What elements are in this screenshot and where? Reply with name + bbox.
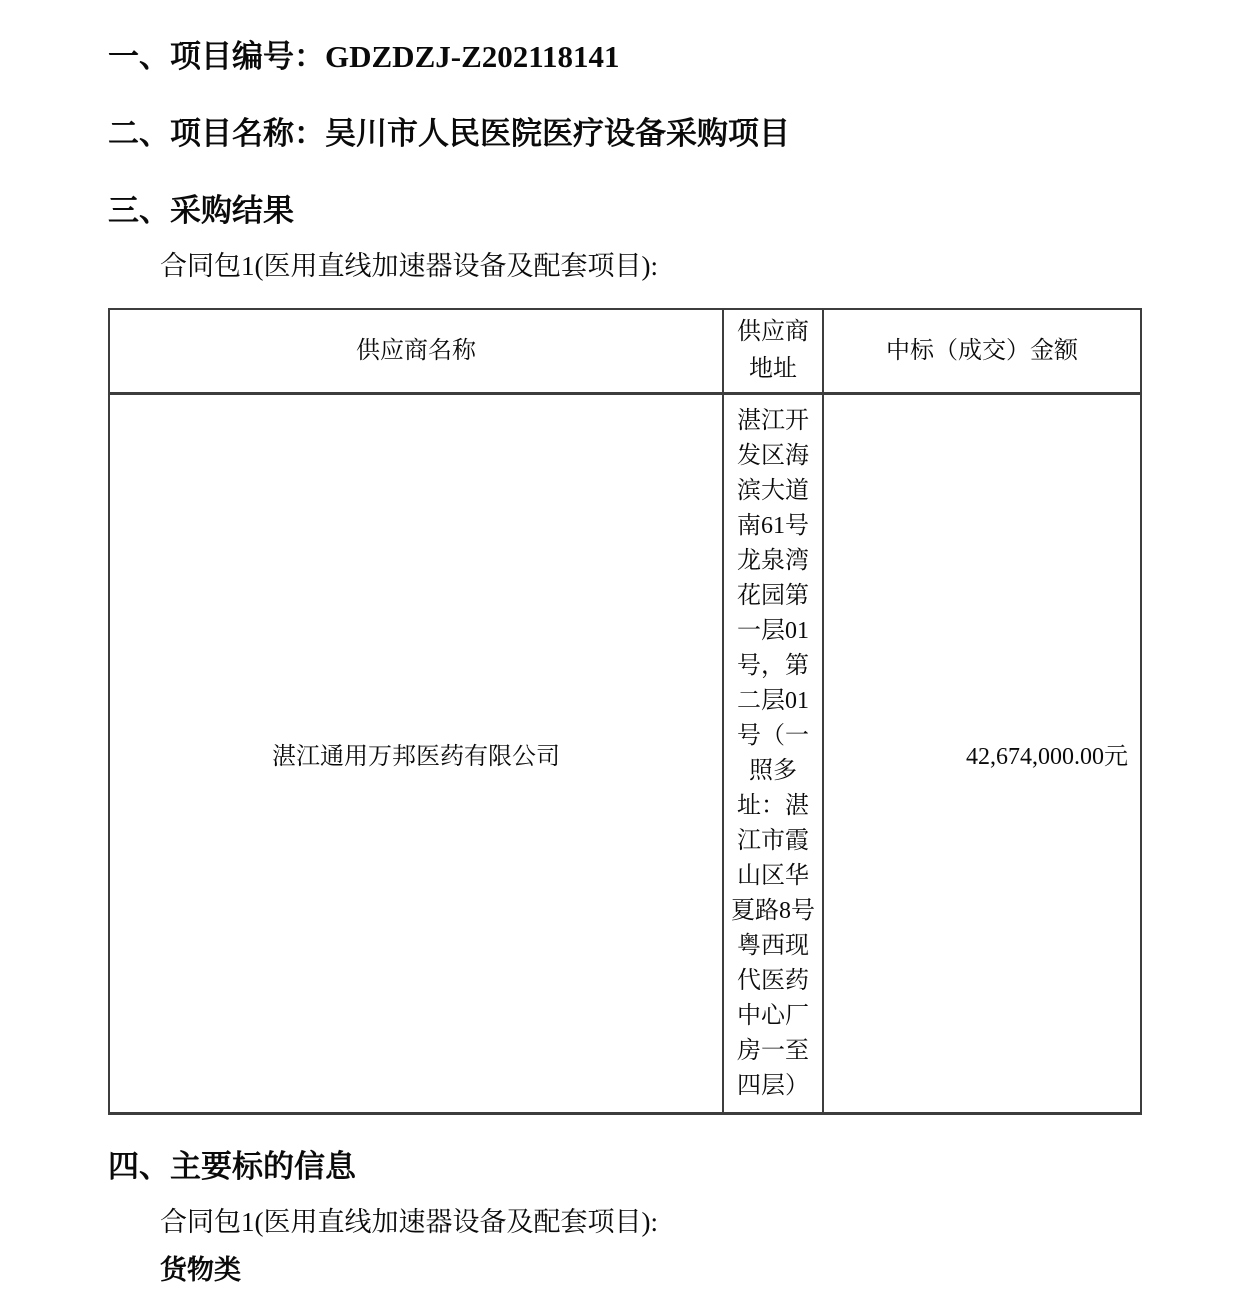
supplier-name-header: 供应商名称 bbox=[109, 309, 723, 394]
table-row: 湛江通用万邦医药有限公司 湛江开发区海滨大道南61号龙泉湾花园第一层01号，第二… bbox=[109, 394, 1141, 1114]
project-number-heading: 一、项目编号：GDZDZJ-Z202118141 bbox=[108, 36, 1241, 78]
goods-category-label: 货物类 bbox=[160, 1252, 1241, 1288]
main-subject-info-heading: 四、主要标的信息 bbox=[108, 1146, 1241, 1188]
bid-amount-header: 中标（成交）金额 bbox=[823, 309, 1141, 394]
supplier-name-cell: 湛江通用万邦医药有限公司 bbox=[109, 394, 723, 1114]
procurement-result-table: 供应商名称 供应商地址 中标（成交）金额 湛江通用万邦医药有限公司 湛江开发区海… bbox=[108, 308, 1142, 1115]
procurement-result-document: 一、项目编号：GDZDZJ-Z202118141 二、项目名称：吴川市人民医院医… bbox=[0, 0, 1241, 1293]
procurement-result-heading: 三、采购结果 bbox=[108, 190, 1241, 232]
supplier-address-cell: 湛江开发区海滨大道南61号龙泉湾花园第一层01号，第二层01号（一照多址：湛江市… bbox=[723, 394, 823, 1114]
contract-package-label: 合同包1(医用直线加速器设备及配套项目): bbox=[160, 248, 1241, 284]
contract-package-label-2: 合同包1(医用直线加速器设备及配套项目): bbox=[160, 1204, 1241, 1240]
project-name-heading: 二、项目名称：吴川市人民医院医疗设备采购项目 bbox=[108, 113, 1241, 155]
supplier-address-header: 供应商地址 bbox=[723, 309, 823, 394]
table-header-row: 供应商名称 供应商地址 中标（成交）金额 bbox=[109, 309, 1141, 394]
bid-amount-cell: 42,674,000.00元 bbox=[823, 394, 1141, 1114]
